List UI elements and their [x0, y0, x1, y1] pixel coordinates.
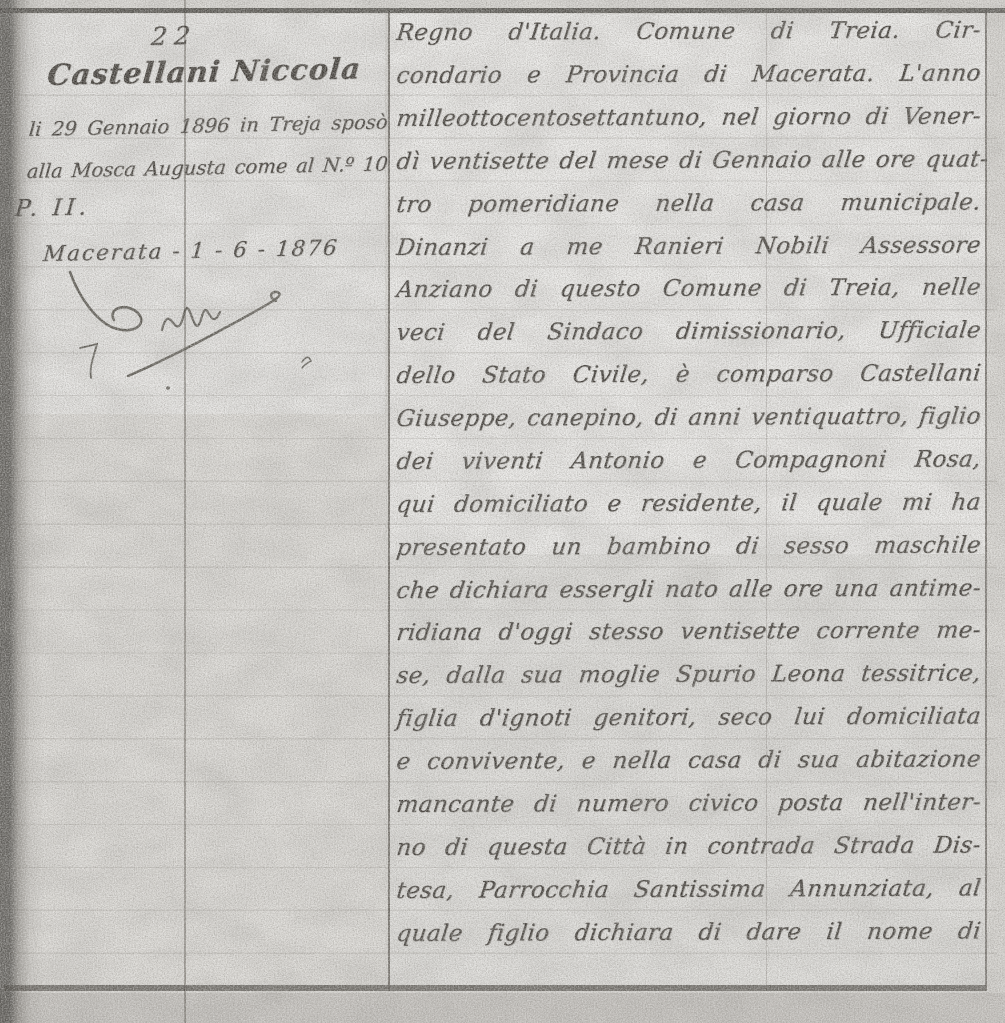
flourish-loop — [70, 272, 141, 330]
manuscript-line: che dichiara essergli nato alle ore una … — [395, 575, 982, 604]
page-bottom-shadow — [0, 993, 1005, 1023]
manuscript-line: Dinanzi a me Ranieri Nobili Assessore — [395, 232, 982, 261]
signature-scribble — [162, 308, 220, 330]
manuscript-line: e convivente, e nella casa di sua abitaz… — [395, 746, 982, 775]
margin-annotation-line: P. II. — [14, 194, 91, 222]
stray-mark — [80, 344, 97, 378]
manuscript-line: Anziano di questo Comune di Treia, nelle — [395, 274, 982, 303]
manuscript-line: figlia d'ignoti genitori, seco lui domic… — [395, 703, 982, 732]
pen-stroke — [128, 292, 280, 376]
manuscript-line: se, dalla sua moglie Spurio Leona tessit… — [395, 660, 982, 689]
manuscript-line: mancante di numero civico posta nell'int… — [395, 789, 982, 818]
manuscript-line: tesa, Parrocchia Santissima Annunziata, … — [395, 875, 982, 904]
manuscript-line: tro pomeridiane nella casa municipale. — [395, 189, 982, 218]
margin-annotation-line: li 29 Gennaio 1896 in Treja sposò — [28, 111, 389, 141]
margin-place-date: Macerata - 1 - 6 - 1876 — [42, 236, 340, 267]
manuscript-line: Regno d'Italia. Comune di Treia. Cir- — [395, 17, 982, 46]
manuscript-line: qui domiciliato e residente, il quale mi… — [395, 489, 982, 518]
manuscript-line: presentato un bambino di sesso maschile — [395, 532, 982, 561]
act-text-column: Regno d'Italia. Comune di Treia. Cir- co… — [391, 0, 983, 985]
manuscript-line: condario e Provincia di Macerata. L'anno — [395, 60, 982, 89]
manuscript-line: dei viventi Antonio e Compagnoni Rosa, — [395, 446, 982, 475]
registrant-name: Castellani Niccola — [46, 51, 363, 92]
ink-dot — [166, 386, 170, 390]
manuscript-line: Giuseppe, canepino, di anni ventiquattro… — [395, 403, 982, 432]
manuscript-line: dello Stato Civile, è comparso Castellan… — [395, 360, 982, 389]
manuscript-line: dì ventisette del mese di Gennaio alle o… — [395, 146, 982, 175]
manuscript-line: quale figlio dichiara di dare il nome di — [395, 918, 982, 947]
signature-flourish — [50, 264, 380, 404]
manuscript-line: no di questa Città in contrada Strada Di… — [395, 832, 982, 861]
act-number: 22 — [150, 21, 198, 51]
margin-column: 22 Castellani Niccola li 29 Gennaio 1896… — [20, 14, 385, 989]
manuscript-line: ridiana d'oggi stesso ventisette corrent… — [395, 617, 982, 646]
manuscript-line: milleottocentosettantuno, nel giorno di … — [395, 103, 982, 132]
manuscript-line: veci del Sindaco dimissionario, Ufficial… — [395, 317, 982, 346]
stray-mark — [302, 357, 311, 368]
scanned-document-page: 22 Castellani Niccola li 29 Gennaio 1896… — [0, 0, 1005, 1023]
margin-annotation-line: alla Mosca Augusta come al N.º 10 — [26, 152, 389, 183]
